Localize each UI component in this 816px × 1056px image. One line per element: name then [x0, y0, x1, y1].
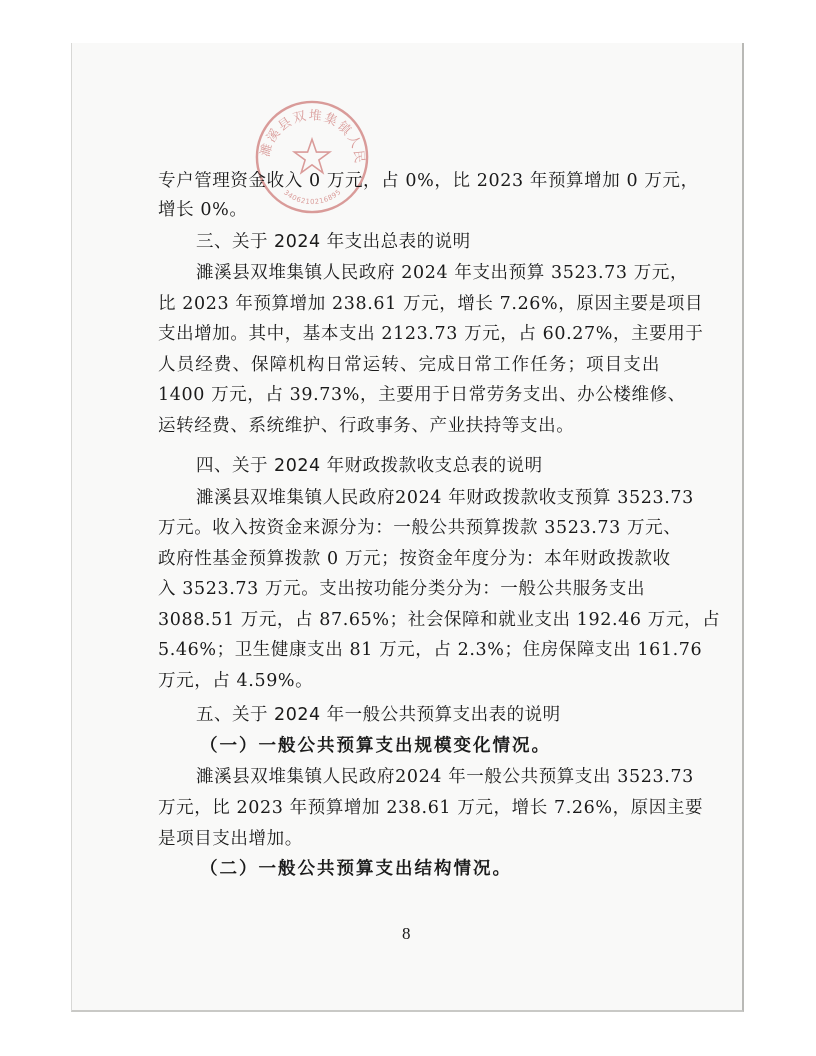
subsection-heading-1: （一）一般公共预算支出规模变化情况。 [200, 735, 710, 757]
page-number: 8 [402, 924, 411, 944]
section-heading-3: 三、关于 2024 年支出总表的说明 [196, 231, 706, 253]
text-line: 濉溪县双堆集镇人民政府2024 年财政拨款收支预算 3523.73 [196, 487, 660, 509]
text-line: 3088.51 万元，占 87.65%；社会保障和就业支出 192.46 万元，… [158, 609, 660, 631]
text-line: 5.46%；卫生健康支出 81 万元，占 2.3%；住房保障支出 161.76 [158, 639, 660, 661]
section-heading-5: 五、关于 2024 年一般公共预算支出表的说明 [196, 704, 706, 726]
text-line: 濉溪县双堆集镇人民政府 2024 年支出预算 3523.73 万元， [196, 262, 660, 284]
text-line: 1400 万元，占 39.73%，主要用于日常劳务支出、办公楼维修、 [158, 384, 660, 406]
text-line: 比 2023 年预算增加 238.61 万元，增长 7.26%，原因主要是项目 [158, 293, 660, 315]
text-line: 运转经费、系统维护、行政事务、产业扶持等支出。 [158, 415, 668, 437]
text-line: 万元。收入按资金来源分为：一般公共预算拨款 3523.73 万元、 [158, 517, 660, 539]
text-line: 支出增加。其中，基本支出 2123.73 万元，占 60.27%，主要用于 [158, 323, 660, 345]
text-line: 政府性基金预算拨款 0 万元；按资金年度分为：本年财政拨款收 [158, 548, 660, 570]
subsection-heading-2: （二）一般公共预算支出结构情况。 [200, 858, 710, 880]
text-line: 是项目支出增加。 [158, 828, 668, 850]
text-line: 濉溪县双堆集镇人民政府2024 年一般公共预算支出 3523.73 [196, 766, 660, 788]
text-line: 万元，占 4.59%。 [158, 670, 668, 692]
text-line: 入 3523.73 万元。支出按功能分类分为：一般公共服务支出 [158, 578, 668, 600]
text-line: 增长 0%。 [158, 199, 668, 221]
text-line: 专户管理资金收入 0 万元，占 0%，比 2023 年预算增加 0 万元， [158, 170, 660, 192]
text-line: 人员经费、保障机构日常运转、完成日常工作任务；项目支出 [158, 354, 660, 376]
section-heading-4: 四、关于 2024 年财政拨款收支总表的说明 [196, 455, 706, 477]
text-line: 万元，比 2023 年预算增加 238.61 万元，增长 7.26%，原因主要 [158, 797, 660, 819]
